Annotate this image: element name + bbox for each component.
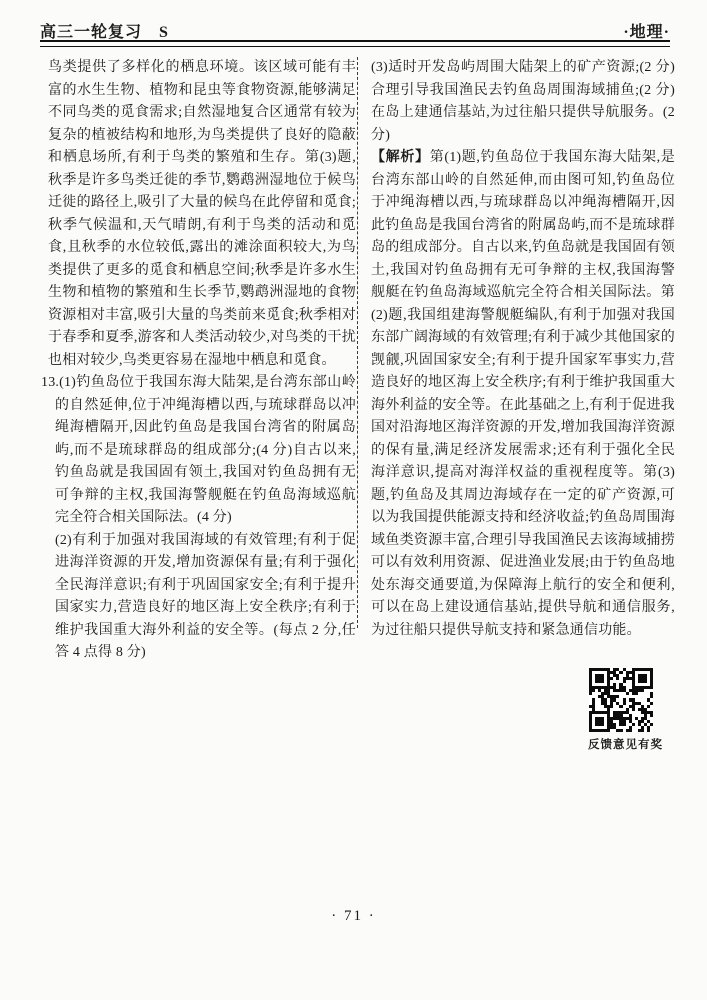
header-rule (40, 40, 670, 47)
item-13-part2: (2)有利于加强对我国海域的有效管理;有利于促进海洋资源的开发,增加资源保有量;… (55, 530, 356, 665)
column-divider (357, 57, 358, 628)
right-column: (3)适时开发岛屿周围大陆架上的矿产资源;(2 分)合理引导我国渔民去钓鱼岛周围… (371, 57, 675, 642)
analysis-paragraph: 【解析】第(1)题,钓鱼岛位于我国东海大陆架,是台湾东部山岭的自然延伸,而由图可… (371, 147, 675, 642)
page-header: 高三一轮复习 S ·地理· (40, 16, 670, 42)
analysis-label: 【解析】 (371, 150, 430, 165)
qr-block: 反馈意见有奖 (588, 668, 654, 752)
analysis-body: 第(1)题,钓鱼岛位于我国东海大陆架,是台湾东部山岭的自然延伸,而由图可知,钓鱼… (371, 150, 675, 638)
header-subject-label: ·地理· (623, 19, 670, 42)
qr-code (589, 668, 653, 732)
answer-continuation-paragraph: 鸟类提供了多样化的栖息环境。该区域可能有丰富的水生生物、植物和昆虫等食物资源,能… (41, 57, 356, 372)
qr-caption: 反馈意见有奖 (588, 736, 654, 752)
item-13-part3: (3)适时开发岛屿周围大陆架上的矿产资源;(2 分)合理引导我国渔民去钓鱼岛周围… (371, 57, 675, 147)
page-number: · 71 · (0, 908, 707, 925)
item-13-number: 13. (41, 375, 59, 390)
item-13-part1-text: (1)钓鱼岛位于我国东海大陆架,是台湾东部山岭的自然延伸,位于冲绳海槽以西,与琉… (55, 375, 356, 525)
scanned-textbook-page: 高三一轮复习 S ·地理· 鸟类提供了多样化的栖息环境。该区域可能有丰富的水生生… (0, 0, 707, 1000)
left-column: 鸟类提供了多样化的栖息环境。该区域可能有丰富的水生生物、植物和昆虫等食物资源,能… (41, 57, 356, 665)
item-13: 13.(1)钓鱼岛位于我国东海大陆架,是台湾东部山岭的自然延伸,位于冲绳海槽以西… (55, 372, 356, 665)
header-course-title: 高三一轮复习 S (40, 19, 169, 42)
item-13-part1: 13.(1)钓鱼岛位于我国东海大陆架,是台湾东部山岭的自然延伸,位于冲绳海槽以西… (55, 372, 356, 530)
